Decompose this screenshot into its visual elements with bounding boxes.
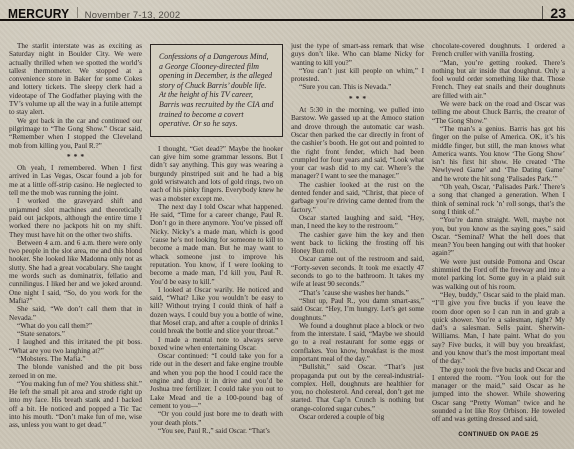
article-paragraph: Oh yeah, I remembered. When I first arri…: [9, 164, 142, 197]
article-paragraph: The cashier gave him the key and then we…: [291, 231, 424, 256]
article-column-2: Confessions of a Dangerous Mind, a Georg…: [150, 42, 283, 445]
article-paragraph: Between 4 a.m. and 6 a.m. there were onl…: [9, 239, 142, 305]
section-separator: ***: [294, 95, 424, 103]
pull-quote-box: Confessions of a Dangerous Mind, a Georg…: [150, 44, 283, 137]
article-paragraph: The guy took the five bucks and Oscar an…: [432, 366, 565, 424]
section-separator: ***: [12, 153, 142, 161]
article-paragraph: “Bullshit,” said Oscar. “That’s just pro…: [291, 363, 424, 413]
continued-on-page-note: CONTINUED ON PAGE 25: [435, 431, 561, 439]
article-paragraph: Oscar continued: “I could take you for a…: [150, 352, 283, 410]
article-paragraph: We got back in the car and continued our…: [9, 117, 142, 150]
article-paragraph: Oscar came out of the restroom and said,…: [291, 255, 424, 288]
article-paragraph: “Hey, buddy,” Oscar said to the plaid ma…: [432, 291, 565, 366]
page-number-divider: [542, 6, 543, 19]
article-paragraph: The cashier looked at the rust on the de…: [291, 181, 424, 214]
article-paragraph: I thought, “Get dead?” Maybe the hooker …: [150, 145, 283, 203]
article-paragraph: “Mobsters. The Mafia.”: [9, 355, 142, 363]
article-paragraph: At 5:30 in the morning, we pulled into B…: [291, 106, 424, 181]
article-body: The starlit interstate was as exciting a…: [0, 40, 574, 449]
article-paragraph: We were back on the road and Oscar was t…: [432, 100, 565, 125]
publication-name: MERCURY: [8, 6, 69, 21]
article-paragraph: “You see, Paul R.,” said Oscar. “That’s: [150, 427, 283, 435]
article-paragraph: Oscar ordered a couple of big: [291, 413, 424, 421]
article-paragraph: I looked at Oscar warily. He noticed and…: [150, 286, 283, 336]
article-paragraph: I worked the graveyard shift and unjamme…: [9, 197, 142, 238]
article-paragraph: “Sure you can. This is Nevada.”: [291, 83, 424, 91]
article-column-3: just the type of smart-ass remark that w…: [291, 42, 424, 445]
article-paragraph: I made a mental note to always serve box…: [150, 336, 283, 353]
article-paragraph: Oscar started laughing and said, “Hey, m…: [291, 214, 424, 231]
article-paragraph: We were just outside Pomona and Oscar sh…: [432, 258, 565, 291]
article-paragraph: “Shut up, Paul R., you damn smart-ass,” …: [291, 297, 424, 322]
article-paragraph: “What do you call them?”: [9, 322, 142, 330]
issue-date: November 7-13, 2002: [85, 10, 181, 21]
article-paragraph: “Or you could just bore me to death with…: [150, 410, 283, 427]
article-column-1: The starlit interstate was as exciting a…: [9, 42, 142, 445]
article-paragraph: “You’re damn straight. Well, maybe not y…: [432, 216, 565, 257]
article-paragraph: The next day I told Oscar what happened.…: [150, 203, 283, 286]
article-paragraph: The blonde vanished and the pit boss zer…: [9, 363, 142, 380]
article-paragraph: The starlit interstate was as exciting a…: [9, 42, 142, 117]
article-paragraph: We found a doughnut place a block or two…: [291, 322, 424, 363]
article-paragraph: I laughed and this irritated the pit bos…: [9, 338, 142, 355]
page-header: MERCURY November 7-13, 2002 23: [0, 0, 574, 21]
article-paragraph: “The man’s a genius. Barris has got his …: [432, 125, 565, 183]
header-divider: [77, 7, 78, 18]
article-paragraph-continuation: chocolate-covered doughnuts. I ordered a…: [432, 42, 565, 59]
article-paragraph: “That’s ’cause she washes her hands.”: [291, 289, 424, 297]
article-paragraph: “You can’t just kill people on whim,” I …: [291, 67, 424, 84]
article-paragraph: “Oh yeah, Oscar, ‘Palisades Park.’ There…: [432, 183, 565, 216]
article-paragraph: “State senators.”: [9, 330, 142, 338]
page-number: 23: [550, 5, 566, 21]
article-paragraph-continuation: just the type of smart-ass remark that w…: [291, 42, 424, 67]
article-paragraph: “You making fun of me? You shitless shit…: [9, 380, 142, 430]
article-paragraph: “Man, you’re getting rooked. There’s not…: [432, 59, 565, 100]
article-column-4: chocolate-covered doughnuts. I ordered a…: [432, 42, 565, 445]
article-paragraph: She said, “We don’t call them that in Ne…: [9, 305, 142, 322]
